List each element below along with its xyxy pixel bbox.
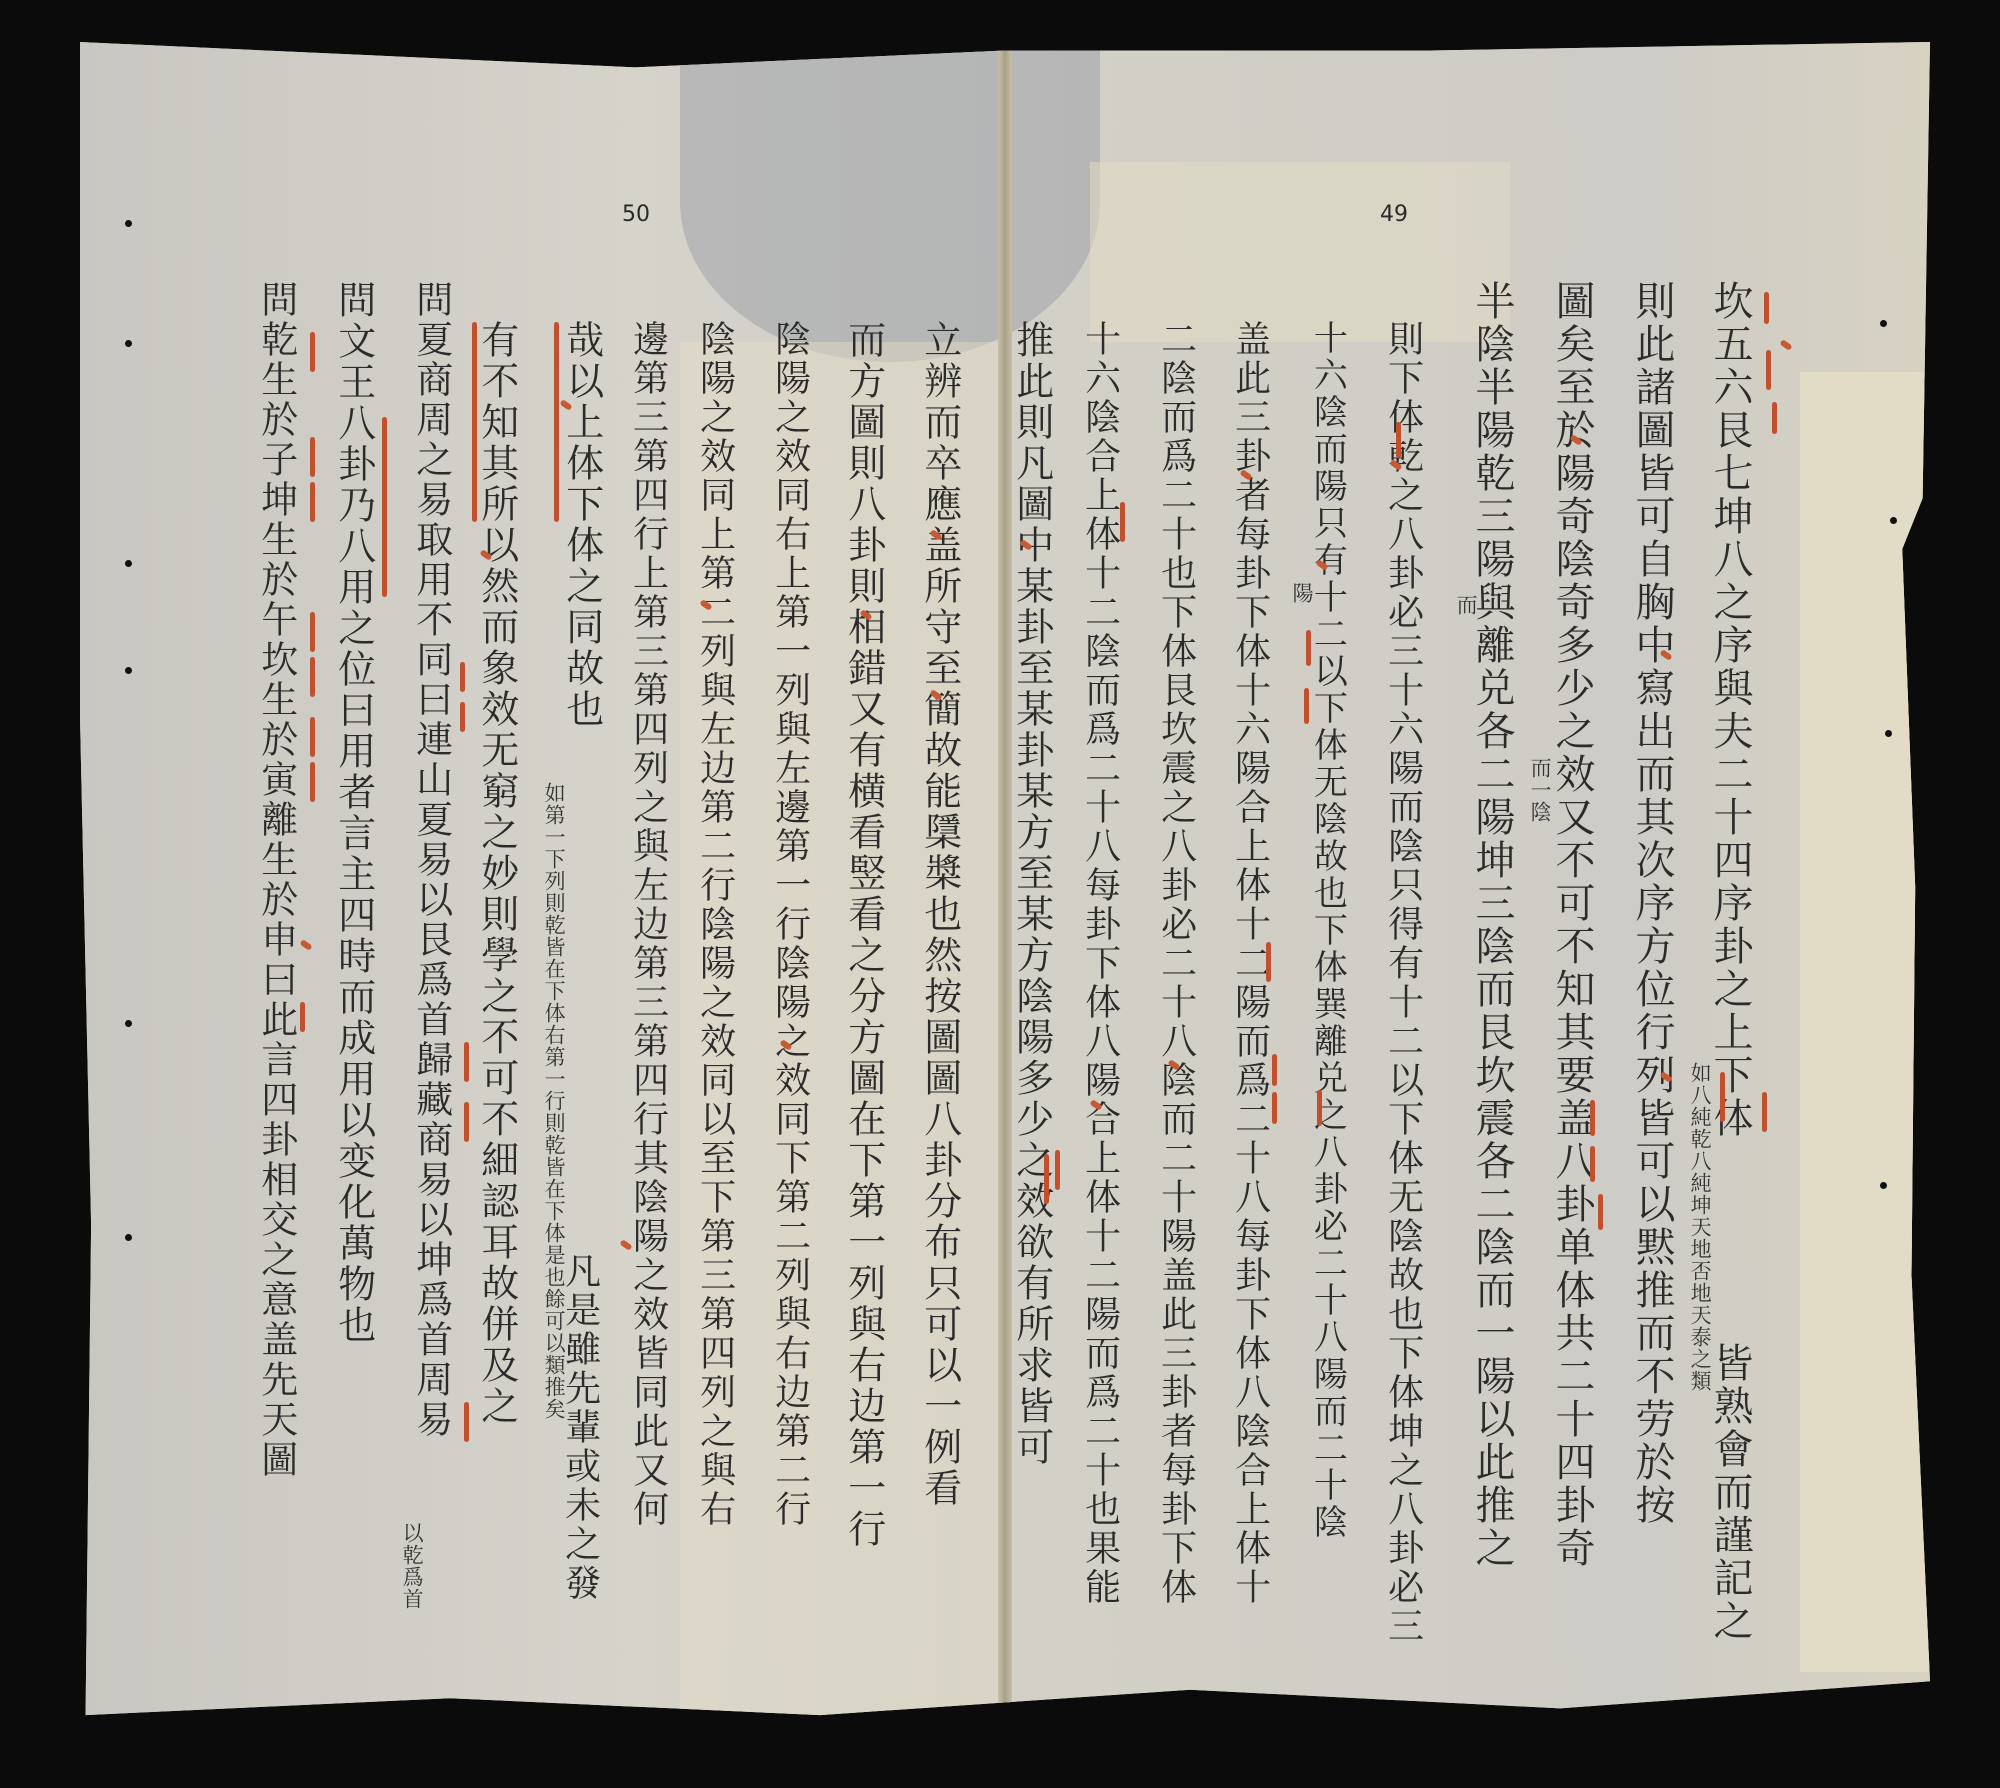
text-column: 十六陰而陽只有十二以下体无陰故也下体巽離兑之八卦必二十八陽而二十陰 (1308, 320, 1345, 1541)
vermilion-mark (464, 1402, 469, 1442)
vermilion-mark (300, 1002, 305, 1032)
vermilion-mark (310, 612, 315, 652)
binding-hole (1890, 517, 1897, 524)
vermilion-mark (1590, 1100, 1595, 1136)
vermilion-mark (310, 657, 315, 697)
vermilion-mark (1766, 350, 1771, 390)
text-column: 陰陽之效同右上第一列與左邊第一行陰陽之效同下第二列與右边第二行 (770, 320, 810, 1529)
vermilion-mark (1272, 1092, 1277, 1124)
interlinear-note: 陽 (1290, 582, 1313, 604)
text-column: 哉以上体下体之同故也 (560, 320, 602, 730)
vermilion-mark (1272, 1054, 1277, 1086)
text-column: 圖矣至於陽奇陰奇多少之效又不可不知其要盖八卦单体共二十四卦奇 (1550, 280, 1594, 1570)
binding-hole (125, 1234, 132, 1241)
vermilion-mark (310, 762, 315, 802)
vermilion-mark (1304, 688, 1309, 724)
torn-area (680, 42, 1100, 362)
binding-hole (1880, 320, 1887, 327)
vermilion-mark (1396, 422, 1401, 458)
interlinear-note: 如第一下列則乾皆在下体右第一行則乾皆在下体是也餘可以類推矣 (542, 782, 565, 1252)
vermilion-mark (1120, 502, 1125, 542)
vermilion-mark (1266, 942, 1271, 982)
vermilion-mark (1762, 1092, 1767, 1132)
text-column-tail: 皆熟會而謹記之 (1708, 1342, 1752, 1643)
vermilion-mark (1306, 630, 1311, 666)
vermilion-mark (554, 322, 559, 522)
text-column: 有不知其所以然而象效无窮之妙則學之不可不細認耳故併及之 (475, 320, 517, 1427)
binding-hole (1885, 730, 1892, 737)
text-column: 問夏商周之易取用不同曰連山夏易以艮爲首歸藏商易以坤爲首周易 (410, 280, 451, 1440)
vermilion-mark (460, 702, 465, 732)
interlinear-note: 如八純乾八純坤天地否地天泰之類 (1688, 1062, 1711, 1322)
text-column: 邊第三第四行上第三第四列之與左边第三第四行其陰陽之效皆同此又何 (628, 320, 668, 1529)
manuscript-sheet: 50 49 坎五六艮七坤八之序與夫二十四序卦之上下体 如八純乾八純坤天地否地天泰… (80, 42, 1930, 1732)
text-column: 坎五六艮七坤八之序與夫二十四序卦之上下体 (1708, 280, 1752, 1140)
vermilion-mark (310, 437, 315, 477)
vermilion-mark (1720, 1072, 1725, 1122)
text-column: 陰陽之效同上第二列與左边第二行陰陽之效同以至下第三第四列之與右 (695, 320, 735, 1529)
interlinear-note: 以乾爲首 (400, 1522, 423, 1610)
repair-patch (1800, 372, 1930, 1672)
vermilion-mark (1598, 1194, 1603, 1230)
binding-hole (1880, 1182, 1887, 1189)
binding-hole (125, 667, 132, 674)
page-number-right: 49 (1380, 202, 1408, 227)
vermilion-mark (464, 1042, 469, 1082)
vermilion-mark (382, 417, 387, 597)
text-column-tail: 凡是雖先輩或未之發 (560, 1252, 600, 1603)
text-column: 問乾生於子坤生於午坎生於寅離生於申曰此言四卦相交之意盖先天圖 (255, 280, 296, 1480)
vermilion-mark (310, 717, 315, 757)
text-column: 立辨而卒應盖所守至簡故能檃槳也然按圖圖八卦分布只可以一例看 (918, 320, 960, 1509)
text-column: 盖此三卦者每卦下体十六陽合上体十二陽而爲二十八每卦下体八陰合上体十 (1230, 320, 1270, 1607)
binding-hole (125, 340, 132, 347)
repair-patch (1090, 162, 1510, 342)
page-number-left: 50 (622, 202, 650, 227)
vermilion-mark (472, 322, 477, 522)
binding-hole (125, 1020, 132, 1027)
vermilion-mark (460, 662, 465, 692)
interlinear-note: 而一陰 (1528, 757, 1551, 823)
text-column: 推此則凡圖中某卦至某卦某方至某方陰陽多少之效欲有所求皆可 (1010, 320, 1052, 1468)
vermilion-mark (310, 482, 315, 522)
text-column: 而方圖則八卦則相錯又有横看竪看之分方圖在下第一列與右边第一行 (842, 320, 884, 1550)
vermilion-mark (1055, 1150, 1060, 1190)
interlinear-note: 而 (1454, 594, 1477, 616)
vermilion-mark (1317, 1090, 1322, 1126)
vermilion-mark (1590, 1146, 1595, 1182)
vermilion-mark (310, 332, 315, 372)
text-column: 二陰而爲二十也下体艮坎震之八卦必二十八陰而二十陽盖此三卦者每卦下体 (1156, 320, 1196, 1607)
vermilion-mark (1772, 402, 1777, 434)
binding-hole (125, 220, 132, 227)
text-column: 十六陰合上体十二陰而爲二十八每卦下体八陽合上体十二陽而爲二十也果能 (1080, 320, 1120, 1607)
text-column: 則下体乾之八卦必三十六陽而陰只得有十二以下体无陰故也下体坤之八卦必三 (1383, 320, 1423, 1646)
binding-hole (125, 560, 132, 567)
text-column: 則此諸圖皆可自胸中寫出而其次序方位行列皆可以黙推而不劳於按 (1630, 280, 1674, 1527)
vermilion-mark (1764, 292, 1769, 324)
vermilion-mark (464, 1102, 469, 1142)
vermilion-mark (1044, 1154, 1049, 1204)
text-column: 問文王八卦乃八用之位曰用者言主四時而成用以变化萬物也 (332, 280, 374, 1346)
text-column: 半陰半陽乾三陽與離兑各二陽坤三陰而艮坎震各二陰而一陽以此推之 (1470, 280, 1514, 1570)
